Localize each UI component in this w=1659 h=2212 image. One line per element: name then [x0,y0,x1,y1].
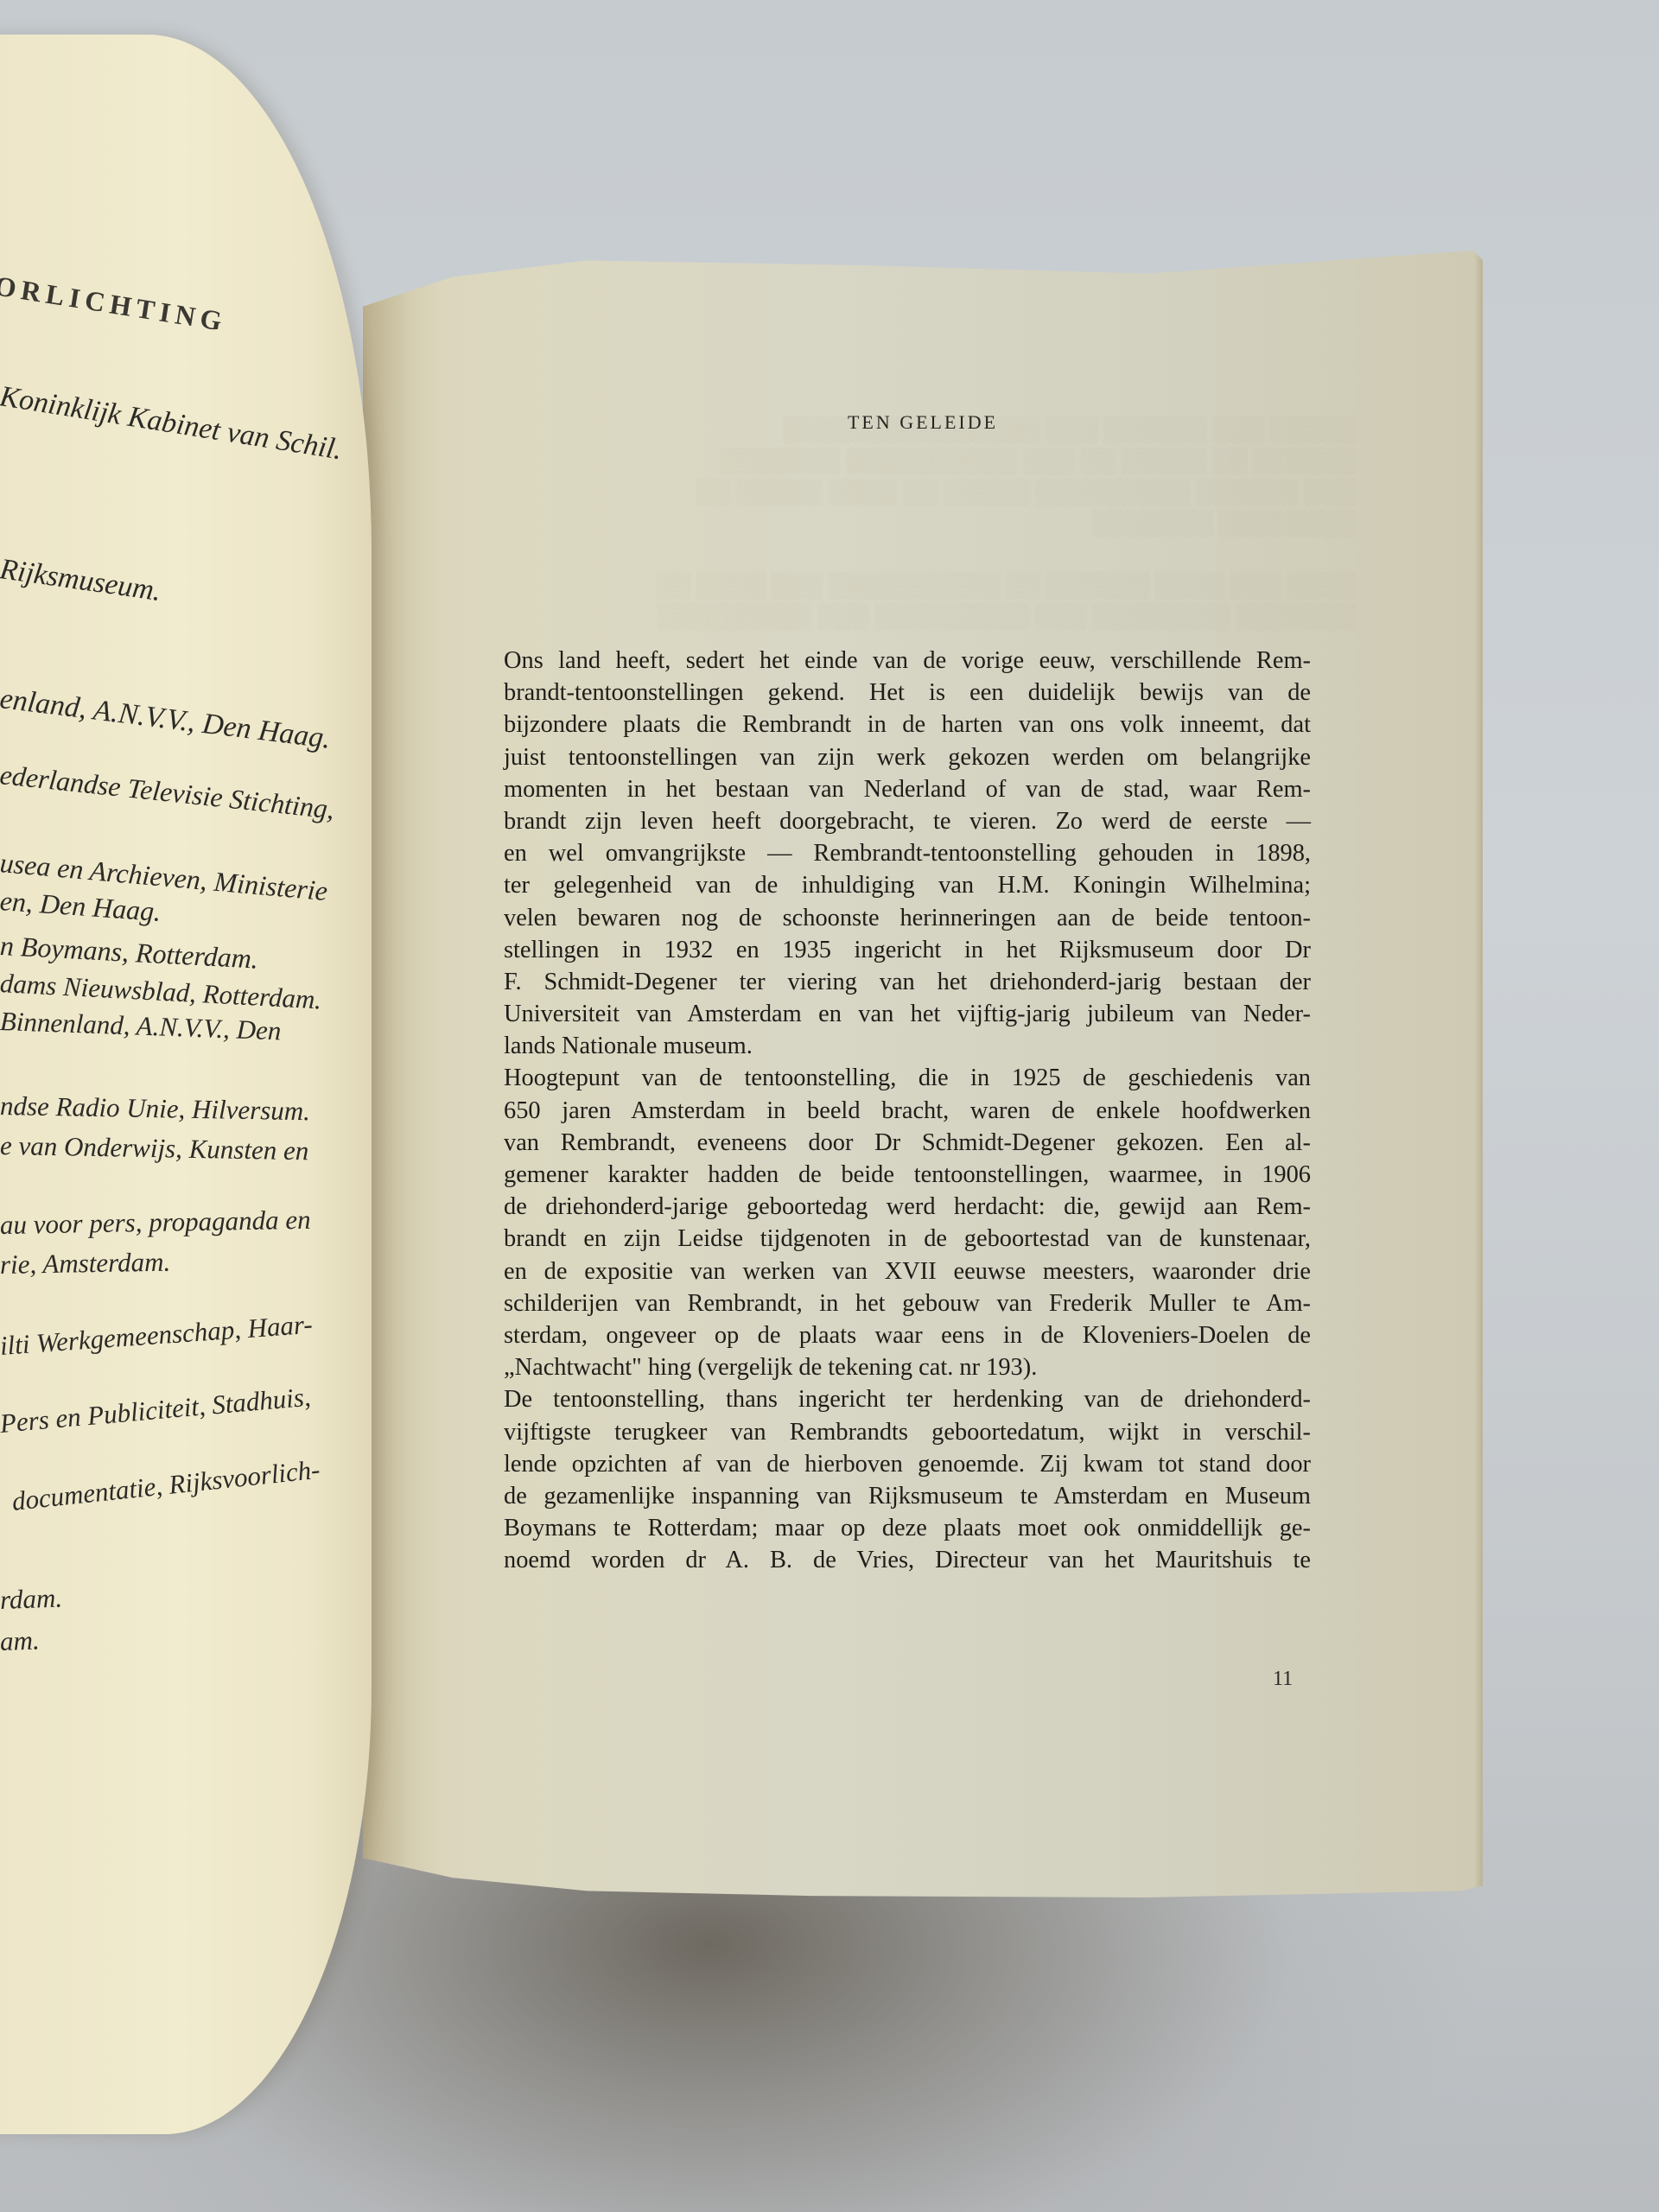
page-title: TEN GELEIDE [363,411,1483,434]
body-line: sterdam, ongeveer op de plaats waar eens… [504,1319,1311,1351]
left-page-line: Rijksmuseum. [0,553,163,608]
body-line: en wel omvangrijkste — Rembrandt-tentoon… [504,837,1311,869]
body-line: van Rembrandt, eveneens door Dr Schmidt-… [504,1127,1311,1159]
body-line: de driehonderd-jarige geboortedag werd h… [504,1191,1311,1223]
body-line: gemener karakter hadden de beide tentoon… [504,1159,1311,1191]
left-page-line: am. [0,1624,40,1657]
left-page-heading: ORLICHTING [0,270,229,338]
body-line: lands Nationale museum. [504,1030,1311,1062]
left-page-line: ndse Radio Unie, Hilversum. [0,1090,310,1127]
body-line: stellingen in 1932 en 1935 ingericht in … [504,934,1311,966]
left-page-line: n Boymans, Rotterdam. [0,930,259,976]
left-page-line: documentatie, Rijksvoorlich- [10,1454,321,1517]
body-line: brandt zijn leven heeft doorgebracht, te… [504,805,1311,837]
body-line: Boymans te Rotterdam; maar op deze plaat… [504,1512,1311,1544]
body-line: F. Schmidt-Degener ter viering van het d… [504,966,1311,998]
body-line: brandt-tentoonstellingen gekend. Het is … [504,677,1311,709]
left-page-line: Koninklijk Kabinet van Schil. [0,380,344,467]
left-page-line: enland, A.N.V.V., Den Haag. [0,683,333,756]
left-page-line: en, Den Haag. [0,885,162,928]
body-line: schilderijen van Rembrandt, in het gebou… [504,1287,1311,1319]
body-line: noemd worden dr A. B. de Vries, Directeu… [504,1544,1311,1576]
left-page-text: ORLICHTING Koninklijk Kabinet van Schil.… [0,35,372,2134]
body-text: Ons land heeft, sedert het einde van de … [504,645,1311,1576]
left-page-line: e van Onderwijs, Kunsten en [0,1130,309,1166]
body-line: bijzondere plaats die Rembrandt in de ha… [504,709,1311,741]
body-line: Universiteit van Amsterdam en van het vi… [504,998,1311,1030]
body-line: ter gelegenheid van de inhuldiging van H… [504,869,1311,901]
body-line: juist tentoonstellingen van zijn werk ge… [504,741,1311,773]
gutter-shadow [363,251,441,1897]
body-line: 650 jaren Amsterdam in beeld bracht, war… [504,1095,1311,1127]
body-line: Hoogtepunt van de tentoonstelling, die i… [504,1062,1311,1094]
left-page-line: rdam. [0,1582,63,1615]
body-line: de gezamenlijke inspanning van Rijksmuse… [504,1480,1311,1512]
left-page-line: Pers en Publiciteit, Stadhuis, [0,1382,312,1440]
body-line: De tentoonstelling, thans ingericht ter … [504,1383,1311,1415]
body-line: velen bewaren nog de schoonste herinneri… [504,902,1311,934]
left-page-line: ederlandse Televisie Stichting, [0,759,336,825]
body-line: en de expositie van werken van XVII eeuw… [504,1255,1311,1287]
body-line: brandt en zijn Leidse tijdgenoten in de … [504,1223,1311,1255]
left-page-line: ilti Werkgemeenschap, Haar- [0,1309,314,1362]
left-page-line: Binnenland, A.N.V.V., Den [0,1006,282,1046]
page-number: 11 [1273,1668,1293,1691]
left-page: ORLICHTING Koninklijk Kabinet van Schil.… [0,35,372,2134]
body-line: Ons land heeft, sedert het einde van de … [504,645,1311,677]
body-line: vijftigste terugkeer van Rembrandts gebo… [504,1416,1311,1448]
left-page-line: au voor pers, propaganda en [0,1205,311,1241]
body-line: lende opzichten af van de hierboven geno… [504,1448,1311,1480]
right-page: ░░░░░ ░░░ ░░░░░░ ░░░ ░░░░░░░░░░░░░░░░░░░… [363,251,1483,1897]
show-through-text: ░░░░░ ░░░ ░░░░░░ ░░░ ░░░░░░░░░░░░░░░░░░░… [493,415,1357,632]
left-page-line: rie, Amsterdam. [0,1247,170,1281]
body-line: momenten in het bestaan van Nederland of… [504,773,1311,805]
body-line: „Nachtwacht" hing (vergelijk de tekening… [504,1351,1311,1383]
